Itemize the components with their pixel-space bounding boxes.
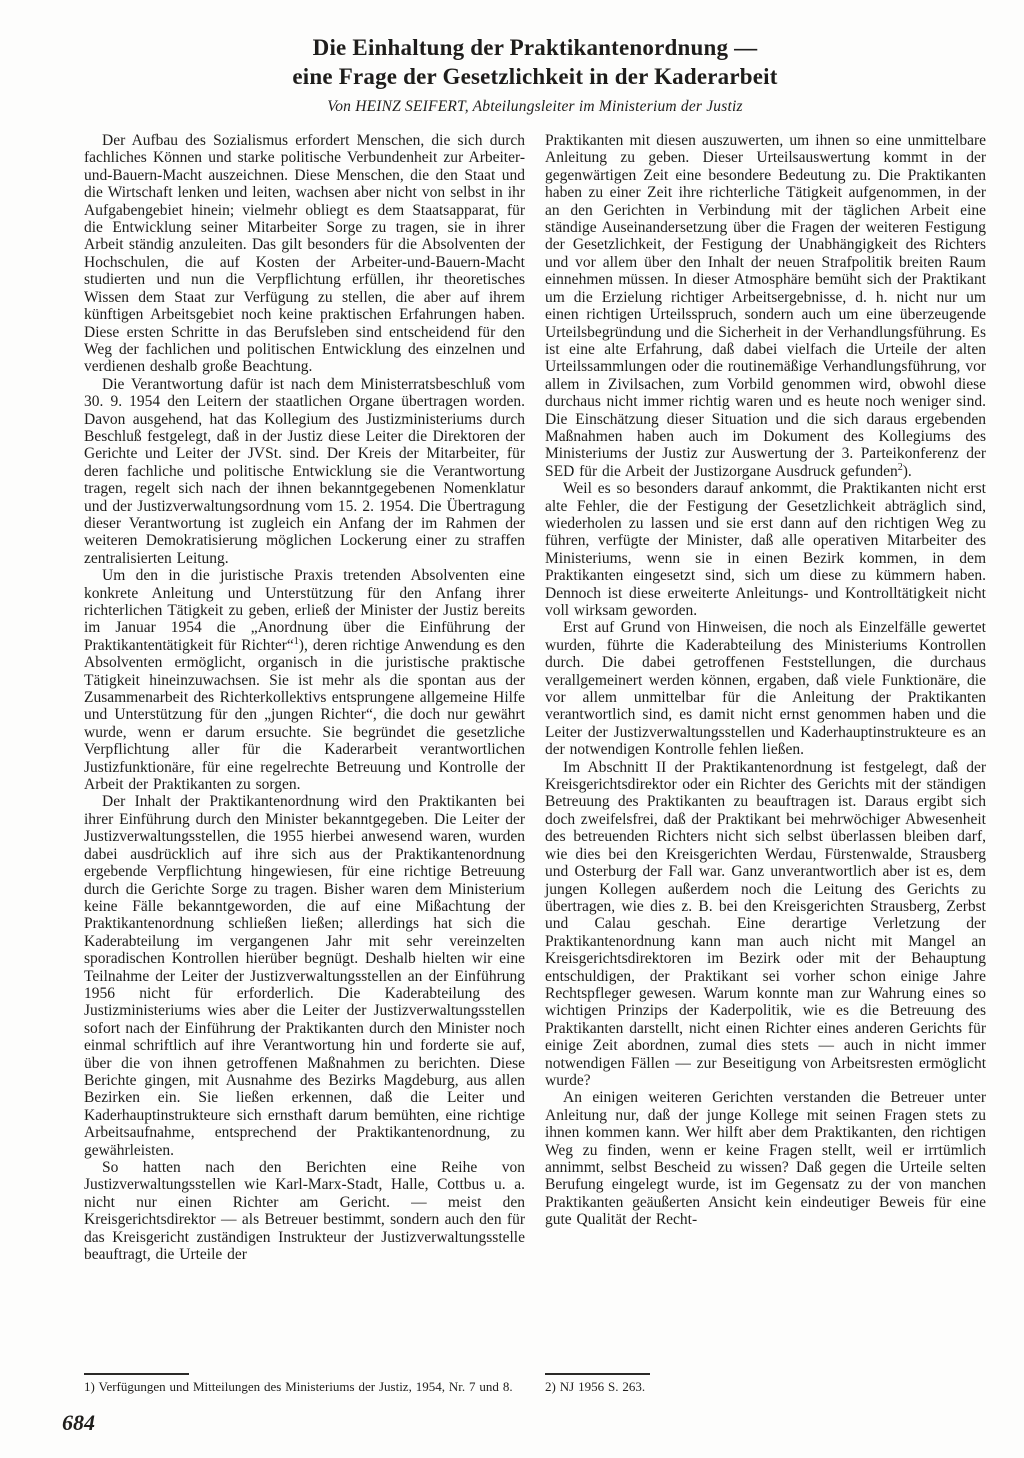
paragraph: An einigen weiteren Gerichten verstanden… [545,1089,986,1228]
footnote-rule [545,1373,650,1375]
two-column-body: Der Aufbau des Sozialismus erfordert Men… [84,132,986,1394]
journal-page: Die Einhaltung der Praktikantenordnung —… [0,0,1024,1458]
left-column: Der Aufbau des Sozialismus erfordert Men… [84,132,525,1394]
article-title: Die Einhaltung der Praktikantenordnung —… [84,34,986,91]
footnote-2: 2) NJ 1956 S. 263. [545,1379,986,1395]
page-number: 684 [62,1410,986,1436]
paragraph: Der Inhalt der Praktikantenordnung wird … [84,793,525,1159]
article-header: Die Einhaltung der Praktikantenordnung —… [84,34,986,116]
paragraph-text: Praktikanten mit diesen auszuwerten, um … [545,132,986,480]
paragraph: Die Verantwortung dafür ist nach dem Min… [84,376,525,567]
paragraph: Weil es so besonders darauf ankommt, die… [545,480,986,619]
footnote-rule [84,1373,189,1375]
right-footnote-block: 2) NJ 1956 S. 263. [545,1367,986,1395]
article-title-line2: eine Frage der Gesetzlichkeit in der Kad… [84,63,986,92]
paragraph: So hatten nach den Berichten eine Reihe … [84,1159,525,1263]
article-byline: Von HEINZ SEIFERT, Abteilungsleiter im M… [84,98,986,116]
paragraph-text: ). [903,463,912,480]
article-title-line1: Die Einhaltung der Praktikantenordnung — [84,34,986,63]
paragraph-text: ), deren richtige Anwendung es den Absol… [84,637,525,793]
paragraph: Um den in die juristische Praxis tretend… [84,567,525,793]
paragraph: Praktikanten mit diesen auszuwerten, um … [545,132,986,480]
left-footnote-block: 1) Verfügungen und Mitteilungen des Mini… [84,1367,525,1395]
footnote-1: 1) Verfügungen und Mitteilungen des Mini… [84,1379,525,1395]
paragraph: Erst auf Grund von Hinweisen, die noch a… [545,619,986,758]
right-column: Praktikanten mit diesen auszuwerten, um … [545,132,986,1394]
paragraph: Der Aufbau des Sozialismus erfordert Men… [84,132,525,376]
paragraph: Im Abschnitt II der Praktikantenordnung … [545,759,986,1090]
